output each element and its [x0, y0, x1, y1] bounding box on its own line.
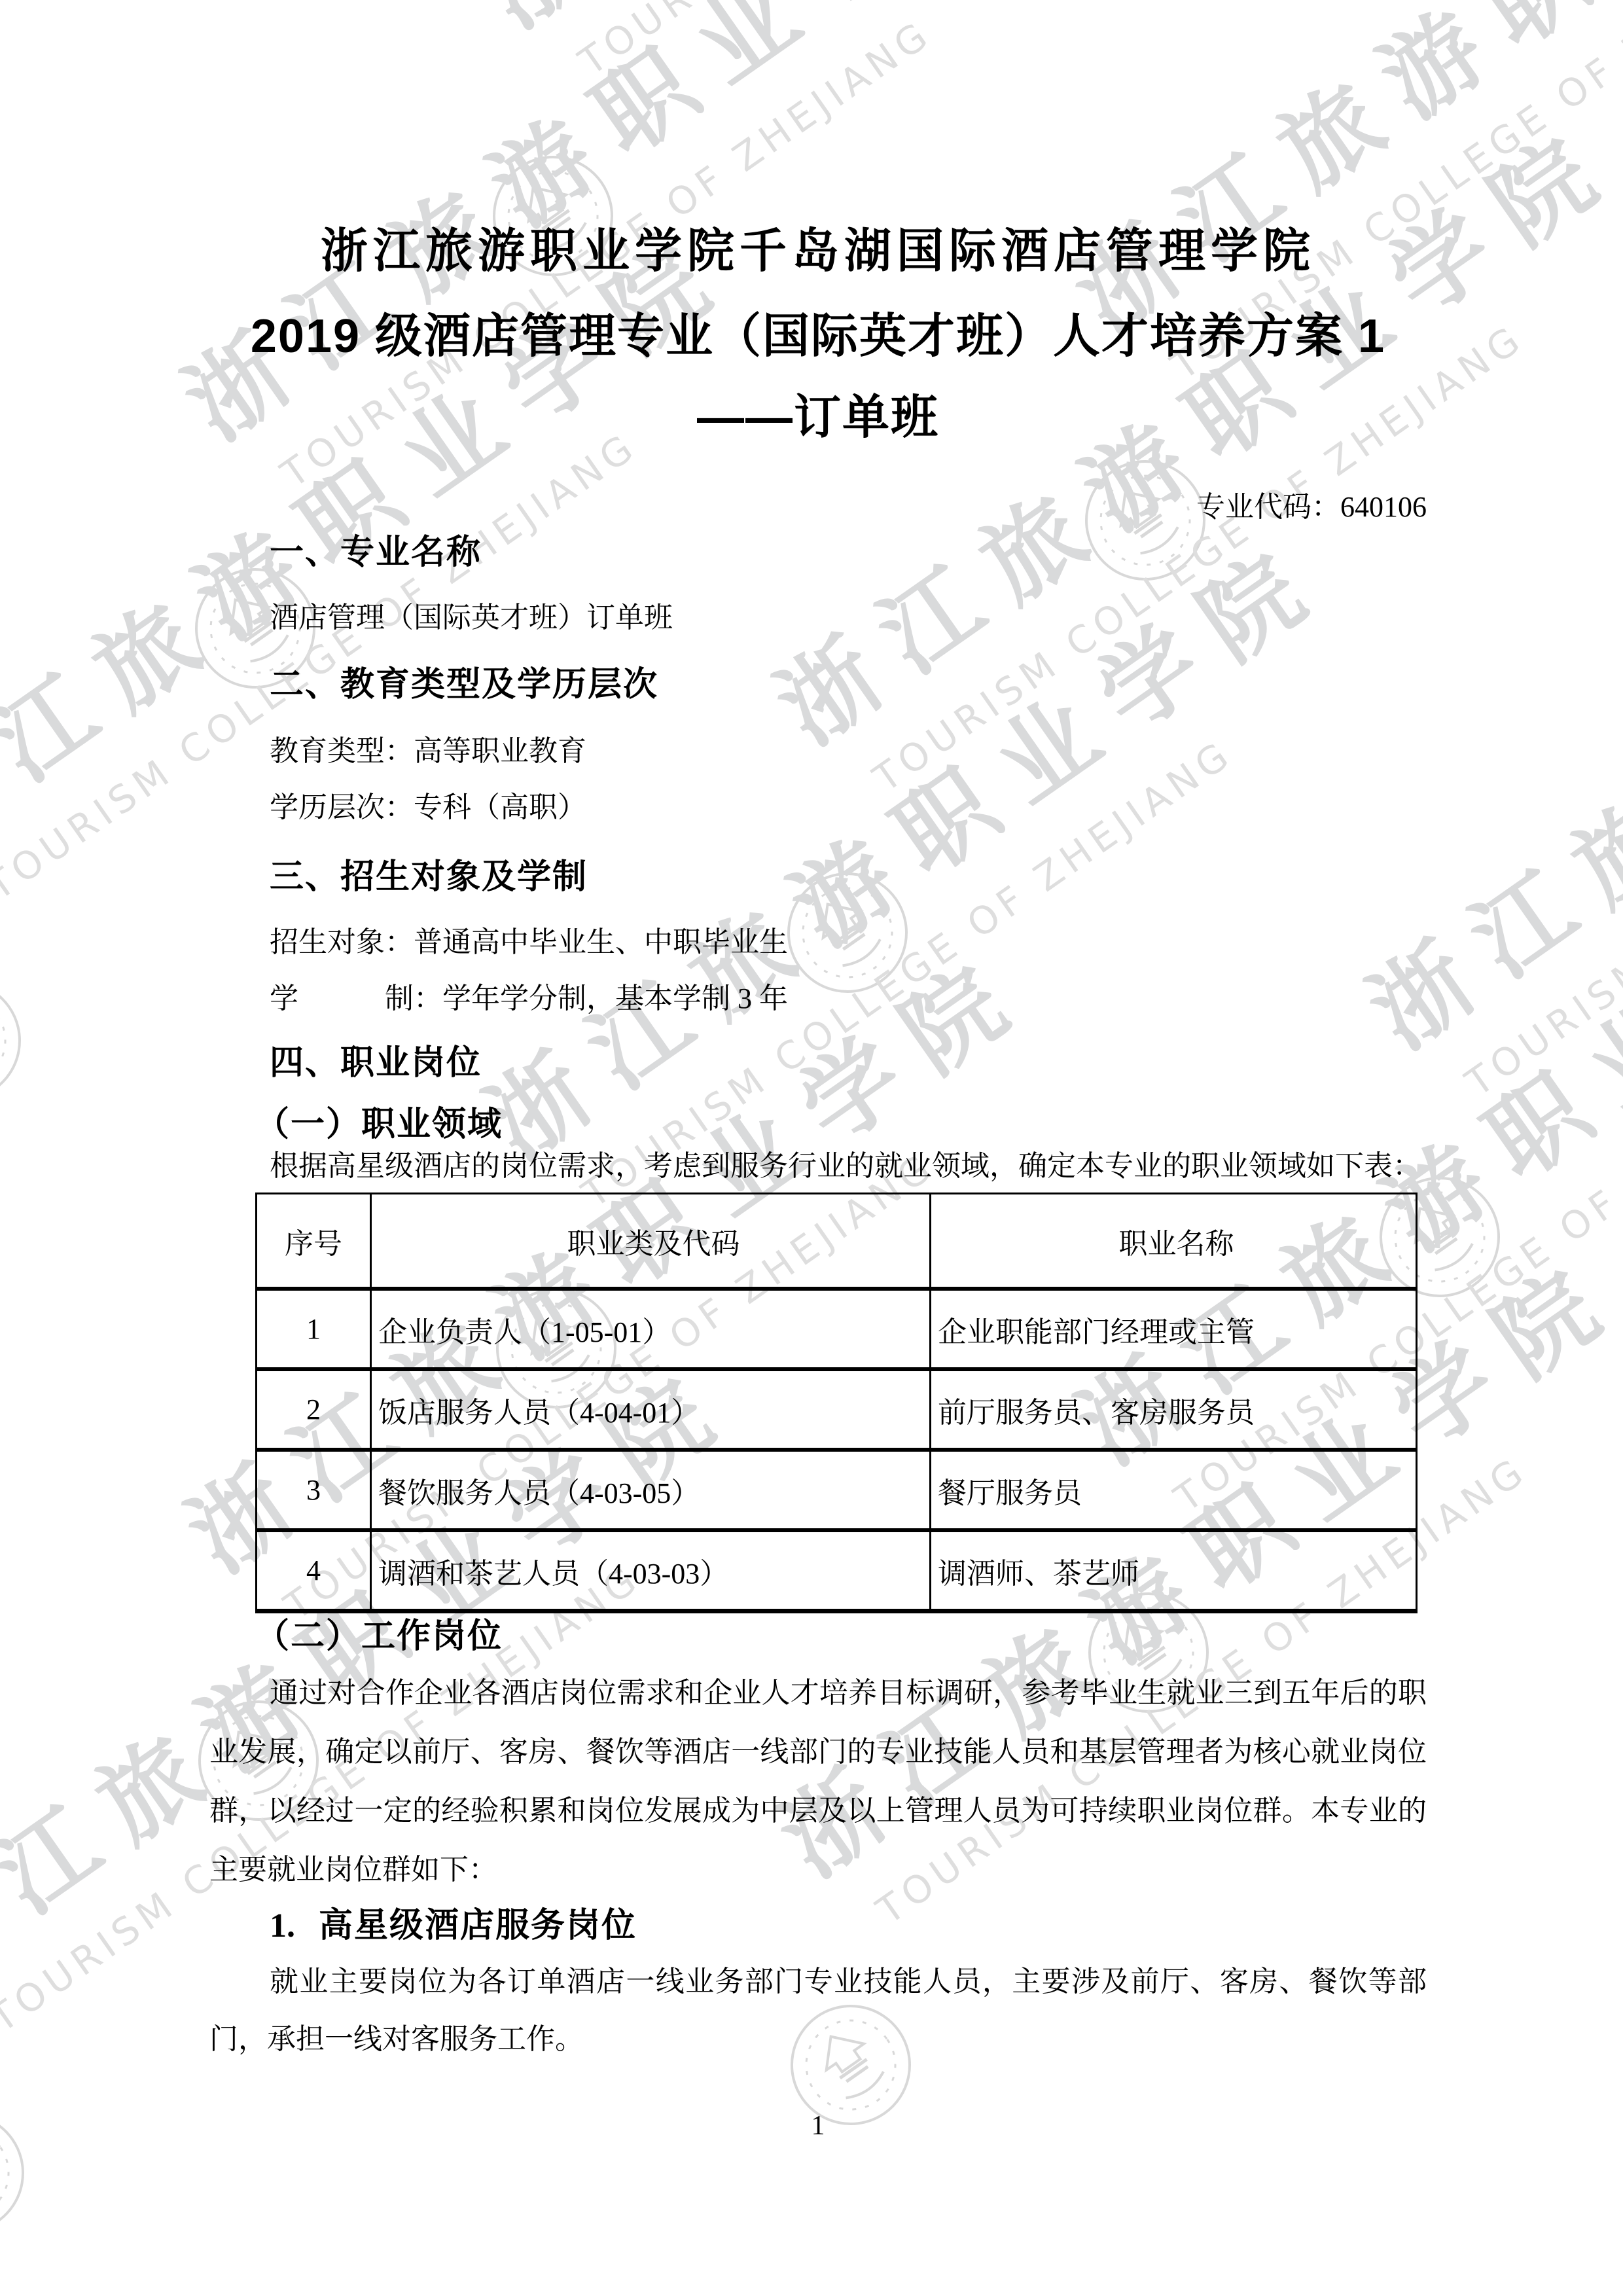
cell-job-name: 餐厅服务员 [931, 1450, 1417, 1530]
cell-seq: 1 [257, 1289, 371, 1369]
table-header-row: 序号 职业类及代码 职业名称 [257, 1194, 1417, 1289]
occupation-table-intro: 根据高星级酒店的岗位需求，考虑到服务行业的就业领域，确定本专业的职业领域如下表： [209, 1148, 1427, 1185]
cell-seq: 3 [257, 1450, 371, 1530]
cell-seq: 4 [257, 1530, 371, 1611]
occupation-table: 序号 职业类及代码 职业名称 1 企业负责人（1-05-01） 企业职能部门经理… [255, 1193, 1418, 1613]
cell-class-code: 餐饮服务人员（4-03-05） [371, 1450, 931, 1530]
cell-class-code: 企业负责人（1-05-01） [371, 1289, 931, 1369]
page-number: 1 [209, 2109, 1427, 2143]
cell-job-name: 调酒师、茶艺师 [931, 1530, 1417, 1611]
section1-body: 酒店管理（国际英才班）订单班 [209, 600, 1487, 636]
section4-heading: 四、职业岗位 [209, 1042, 1487, 1084]
enrollment-target-line: 招生对象：普通高中毕业生、中职毕业生 [209, 924, 1487, 961]
work-positions-paragraph: 通过对合作企业各酒店岗位需求和企业人才培养目标调研，参考毕业生就业三到五年后的职… [209, 1664, 1427, 1899]
section4-sub2-heading: （二）工作岗位 [209, 1615, 1472, 1657]
cell-class-code: 饭店服务人员（4-04-01） [371, 1369, 931, 1450]
document-content: 浙江旅游职业学院千岛湖国际酒店管理学院 2019 级酒店管理专业（国际英才班）人… [0, 0, 1623, 2296]
job-item1-title: 高星级酒店服务岗位 [319, 1907, 637, 1945]
job-item1-paragraph: 就业主要岗位为各订单酒店一线业务部门专业技能人员，主要涉及前厅、客房、餐饮等部门… [209, 1953, 1427, 2068]
table-row: 4 调酒和茶艺人员（4-03-03） 调酒师、茶艺师 [257, 1530, 1417, 1611]
doc-title-line1: 浙江旅游职业学院千岛湖国际酒店管理学院 [209, 221, 1427, 281]
job-item1-heading: 1.高星级酒店服务岗位 [209, 1905, 1487, 1947]
cell-job-name: 前厅服务员、客房服务员 [931, 1369, 1417, 1450]
cell-seq: 2 [257, 1369, 371, 1450]
document-page: 浙江旅游职业学院 TOURISM COLLEGE OF ZHEJIANG 浙江旅… [0, 0, 1623, 2296]
cell-job-name: 企业职能部门经理或主管 [931, 1289, 1417, 1369]
col-header-job-name: 职业名称 [931, 1194, 1417, 1289]
doc-title-line3: ——订单班 [209, 387, 1427, 448]
col-header-seq: 序号 [257, 1194, 371, 1289]
col-header-class-code: 职业类及代码 [371, 1194, 931, 1289]
table-row: 3 餐饮服务人员（4-03-05） 餐厅服务员 [257, 1450, 1417, 1530]
section4-sub1-heading: （一）职业领域 [209, 1103, 1472, 1145]
table-row: 1 企业负责人（1-05-01） 企业职能部门经理或主管 [257, 1289, 1417, 1369]
section2-heading: 二、教育类型及学历层次 [209, 664, 1487, 706]
education-type-line: 教育类型：高等职业教育 [209, 733, 1487, 770]
job-item1-number: 1. [270, 1907, 295, 1945]
section1-heading: 一、专业名称 [209, 531, 1487, 573]
cell-class-code: 调酒和茶艺人员（4-03-03） [371, 1530, 931, 1611]
schooling-system-line: 学 制：学年学分制，基本学制 3 年 [209, 980, 1487, 1017]
major-code: 专业代码：640106 [209, 490, 1427, 525]
doc-title-line2: 2019 级酒店管理专业（国际英才班）人才培养方案 1 [209, 306, 1427, 367]
education-level-line: 学历层次：专科（高职） [209, 789, 1487, 826]
section3-heading: 三、招生对象及学制 [209, 856, 1487, 898]
table-row: 2 饭店服务人员（4-04-01） 前厅服务员、客房服务员 [257, 1369, 1417, 1450]
